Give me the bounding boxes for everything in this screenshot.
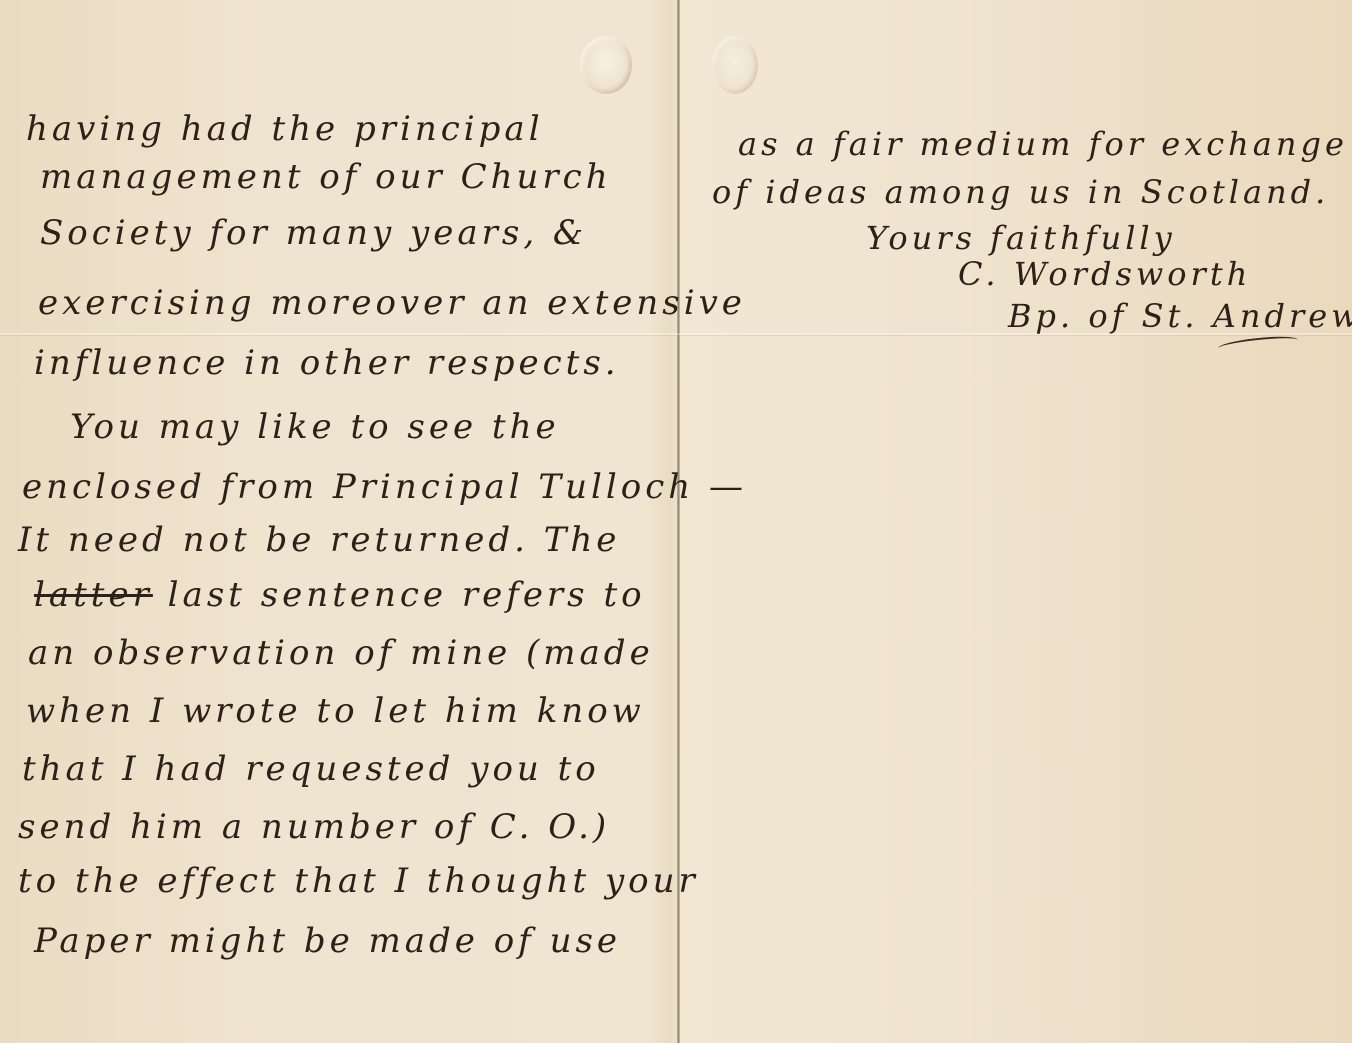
letter-line: management of our Church — [40, 160, 612, 194]
letter-spread: having had the principal management of o… — [0, 0, 1352, 1043]
embossed-seal-icon — [580, 36, 632, 94]
letter-line: having had the principal — [26, 112, 544, 146]
struck-word: latter — [34, 575, 153, 615]
letter-line: Society for many years, & — [40, 216, 587, 250]
letter-line: enclosed from Principal Tulloch — — [22, 470, 747, 504]
letter-line: when I wrote to let him know — [26, 694, 645, 728]
embossed-seal-icon — [712, 36, 758, 94]
letter-line-text: last sentence refers to — [168, 575, 646, 615]
signature: C. Wordsworth — [958, 258, 1251, 290]
letter-line: influence in other respects. — [34, 346, 620, 380]
letter-line: You may like to see the — [70, 410, 560, 444]
closing: Yours faithfully — [866, 222, 1176, 254]
letter-line: of ideas among us in Scotland. — [712, 176, 1329, 208]
letter-line: as a fair medium for exchange — [738, 128, 1348, 160]
letter-line: Paper might be made of use — [34, 924, 621, 958]
letter-line: to the effect that I thought your — [18, 864, 699, 898]
letter-line: that I had requested you to — [22, 752, 600, 786]
letter-line: exercising moreover an extensive — [38, 286, 746, 320]
letter-line: It need not be returned. The — [18, 523, 620, 557]
letter-line: send him a number of C. O.) — [18, 810, 610, 844]
signatory-title: Bp. of St. Andrews. — [1008, 300, 1352, 332]
letter-line: latter last sentence refers to — [34, 578, 646, 612]
letter-line: an observation of mine (made — [28, 636, 654, 670]
